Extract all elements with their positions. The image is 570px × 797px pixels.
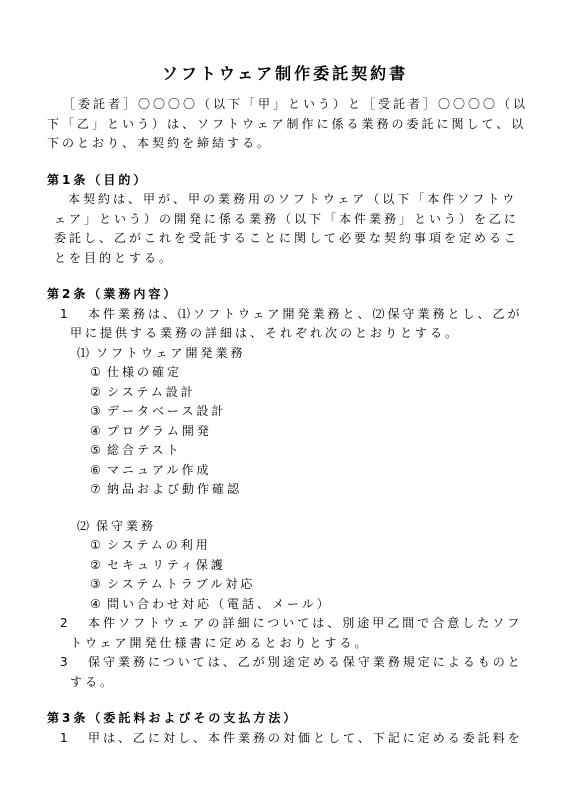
list-marker: 2 (60, 614, 88, 634)
line-text: プログラム開発 (107, 424, 212, 438)
list-marker: ① (90, 536, 107, 556)
preamble-line: 下のとおり、本契約を締結する。 (0, 134, 570, 154)
detail-item-line: ⑥マニュアル作成 (0, 461, 570, 481)
line-text: セキュリティ保護 (107, 558, 226, 572)
list-marker: ③ (90, 575, 107, 595)
list-marker: ② (90, 383, 107, 403)
list-marker: ③ (90, 402, 107, 422)
blank-line (0, 154, 570, 171)
detail-item-line: ②システム設計 (0, 383, 570, 403)
document-title: ソフトウェア制作委託契約書 (0, 62, 570, 85)
line-text: ェア」という）の開発に係る業務（以下「本件業務」という）を乙に (54, 212, 519, 226)
line-text: 仕様の確定 (107, 365, 182, 379)
line-text: 総合テスト (107, 443, 182, 457)
list-marker: ⑥ (90, 461, 107, 481)
blank-line (0, 500, 570, 517)
contract-document-body: ［委託者］〇〇〇〇（以下「甲」という）と［受託者］〇〇〇〇（以下「乙」という）は… (0, 95, 570, 748)
list-marker: 1 (60, 729, 88, 749)
list-marker: ⑦ (90, 480, 107, 500)
contract-page: ソフトウェア制作委託契約書 ［委託者］〇〇〇〇（以下「甲」という）と［受託者］〇… (0, 0, 570, 797)
detail-item-line: ⑤総合テスト (0, 441, 570, 461)
preamble-line: 下「乙」という）は、ソフトウェア制作に係る業務の委託に関して、以 (0, 115, 570, 135)
numbered-item-continuation: トウェア開発仕様書に定めるとおりとする。 (0, 634, 570, 654)
list-marker: ⑵ (77, 517, 96, 537)
line-text: システムトラブル対応 (107, 577, 255, 591)
line-text: 保守業務 (96, 519, 156, 533)
line-text: 保守業務については、乙が別途定める保守業務規定によるものと (88, 655, 523, 669)
line-text: 下のとおり、本契約を締結する。 (47, 136, 272, 150)
line-text: マニュアル作成 (107, 463, 212, 477)
list-marker: ④ (90, 422, 107, 442)
list-marker: ② (90, 556, 107, 576)
line-text: 本契約は、甲が、甲の業務用のソフトウェア（以下「本件ソフトウ (68, 192, 517, 206)
list-marker: 3 (60, 653, 88, 673)
line-text: トウェア開発仕様書に定めるとおりとする。 (70, 636, 370, 650)
list-marker: ⑤ (90, 441, 107, 461)
numbered-item-line: 3保守業務については、乙が別途定める保守業務規定によるものと (0, 653, 570, 673)
line-text: する。 (70, 675, 115, 689)
line-text: とを目的とする。 (54, 251, 174, 265)
clause-heading: 第3条（委託料およびその支払方法） (0, 709, 570, 729)
numbered-item-line: 1甲は、乙に対し、本件業務の対価として、下記に定める委託料を (0, 729, 570, 749)
line-text: 第3条（委託料およびその支払方法） (47, 711, 298, 725)
line-text: システムの利用 (107, 538, 211, 552)
numbered-item-continuation: 甲に提供する業務の詳細は、それぞれ次のとおりとする。 (0, 324, 570, 344)
detail-item-line: ④問い合わせ対応（電話、メール） (0, 595, 570, 615)
line-text: ［委託者］〇〇〇〇（以下「甲」という）と［受託者］〇〇〇〇（以 (63, 97, 528, 111)
line-text: システム設計 (107, 385, 196, 399)
line-text: データベース設計 (107, 404, 226, 418)
detail-item-line: ④プログラム開発 (0, 422, 570, 442)
sub-item-line: ⑵保守業務 (0, 517, 570, 537)
clause-text-line: とを目的とする。 (0, 249, 570, 269)
detail-item-line: ③データベース設計 (0, 402, 570, 422)
detail-item-line: ①システムの利用 (0, 536, 570, 556)
line-text: 第1条（目的） (47, 173, 148, 187)
numbered-item-line: 1本件業務は、⑴ソフトウェア開発業務と、⑵保守業務とし、乙が (0, 305, 570, 325)
clause-text-line: 本契約は、甲が、甲の業務用のソフトウェア（以下「本件ソフトウ (0, 190, 570, 210)
line-text: 甲に提供する業務の詳細は、それぞれ次のとおりとする。 (70, 326, 460, 340)
line-text: 下「乙」という）は、ソフトウェア制作に係る業務の委託に関して、以 (47, 117, 526, 131)
preamble-line: ［委託者］〇〇〇〇（以下「甲」という）と［受託者］〇〇〇〇（以 (0, 95, 570, 115)
line-text: 納品および動作確認 (107, 482, 242, 496)
clause-heading: 第1条（目的） (0, 171, 570, 191)
line-text: 甲は、乙に対し、本件業務の対価として、下記に定める委託料を (88, 731, 523, 745)
list-marker: ① (90, 363, 107, 383)
clause-text-line: 委託し、乙がこれを受託することに関して必要な契約事項を定めるこ (0, 229, 570, 249)
numbered-item-continuation: する。 (0, 673, 570, 693)
list-marker: 1 (60, 305, 88, 325)
list-marker: ⑴ (77, 344, 96, 364)
line-text: 本件業務は、⑴ソフトウェア開発業務と、⑵保守業務とし、乙が (88, 307, 523, 321)
blank-line (0, 268, 570, 285)
clause-text-line: ェア」という）の開発に係る業務（以下「本件業務」という）を乙に (0, 210, 570, 230)
blank-line (0, 692, 570, 709)
detail-item-line: ②セキュリティ保護 (0, 556, 570, 576)
numbered-item-line: 2本件ソフトウェアの詳細については、別途甲乙間で合意したソフ (0, 614, 570, 634)
detail-item-line: ⑦納品および動作確認 (0, 480, 570, 500)
line-text: 問い合わせ対応（電話、メール） (107, 597, 332, 611)
line-text: 本件ソフトウェアの詳細については、別途甲乙間で合意したソフ (88, 616, 522, 630)
line-text: 委託し、乙がこれを受託することに関して必要な契約事項を定めるこ (54, 231, 519, 245)
sub-item-line: ⑴ソフトウェア開発業務 (0, 344, 570, 364)
detail-item-line: ③システムトラブル対応 (0, 575, 570, 595)
line-text: ソフトウェア開発業務 (96, 346, 246, 360)
detail-item-line: ①仕様の確定 (0, 363, 570, 383)
line-text: 第2条（業務内容） (47, 287, 178, 301)
list-marker: ④ (90, 595, 107, 615)
clause-heading: 第2条（業務内容） (0, 285, 570, 305)
